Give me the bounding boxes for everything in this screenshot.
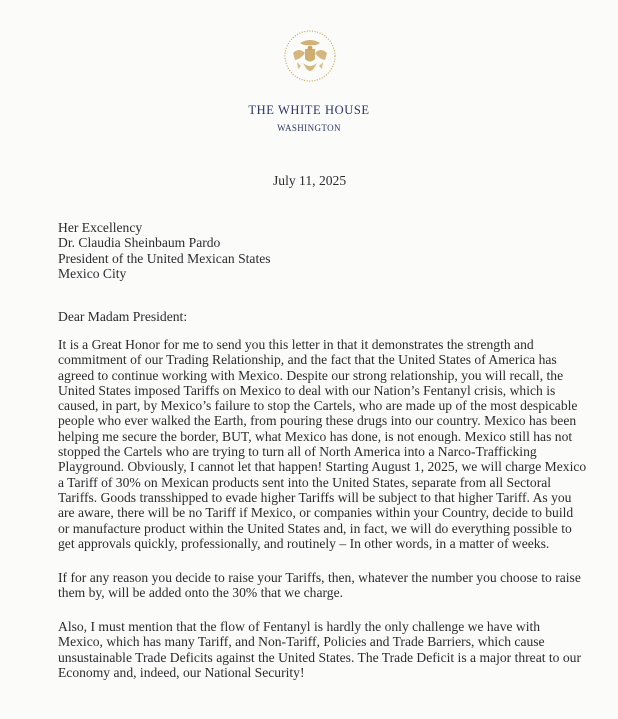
text-line: caused, in part, by Mexico’s failure to … <box>58 398 608 413</box>
recipient-line: President of the United Mexican States <box>58 251 271 266</box>
text-line: agreed to continue working with Mexico. … <box>58 368 608 383</box>
recipient-address: Her Excellency Dr. Claudia Sheinbaum Par… <box>58 220 271 281</box>
text-line: Mexico, which has many Tariff, and Non-T… <box>58 634 608 649</box>
presidential-seal-icon <box>283 29 337 83</box>
text-line: or manufacture product within the United… <box>58 521 608 536</box>
text-line: stopped the Cartels who are trying to tu… <box>58 444 608 459</box>
letterhead-title: THE WHITE HOUSE <box>0 103 618 118</box>
text-line: people who ever walked the Earth, from p… <box>58 413 608 428</box>
text-line: Playground. Obviously, I cannot let that… <box>58 459 608 474</box>
body-paragraph-2: If for any reason you decide to raise yo… <box>58 570 608 601</box>
letter-page: THE WHITE HOUSE WASHINGTON July 11, 2025… <box>0 0 618 719</box>
text-line: a Tariff of 30% on Mexican products sent… <box>58 475 608 490</box>
text-line: If for any reason you decide to raise yo… <box>58 570 608 585</box>
text-line: commitment of our Trading Relationship, … <box>58 352 608 367</box>
recipient-line: Her Excellency <box>58 220 271 235</box>
text-line: Tariffs. Goods transshipped to evade hig… <box>58 490 608 505</box>
text-line: get approvals quickly, professionally, a… <box>58 536 608 551</box>
salutation: Dear Madam President: <box>58 309 187 325</box>
letterhead-subtitle: WASHINGTON <box>0 123 618 133</box>
text-line: United States imposed Tariffs on Mexico … <box>58 383 608 398</box>
letter-date: July 11, 2025 <box>273 173 346 189</box>
recipient-line: Dr. Claudia Sheinbaum Pardo <box>58 235 271 250</box>
text-line: Economy and, indeed, our National Securi… <box>58 665 608 680</box>
text-line: unsustainable Trade Deficits against the… <box>58 650 608 665</box>
body-paragraph-3: Also, I must mention that the flow of Fe… <box>58 619 608 680</box>
text-line: It is a Great Honor for me to send you t… <box>58 337 608 352</box>
text-line: them by, will be added onto the 30% that… <box>58 585 608 600</box>
text-line: are aware, there will be no Tariff if Me… <box>58 505 608 520</box>
text-line: helping me secure the border, BUT, what … <box>58 429 608 444</box>
text-line: Also, I must mention that the flow of Fe… <box>58 619 608 634</box>
recipient-line: Mexico City <box>58 266 271 281</box>
body-paragraph-1: It is a Great Honor for me to send you t… <box>58 337 608 551</box>
